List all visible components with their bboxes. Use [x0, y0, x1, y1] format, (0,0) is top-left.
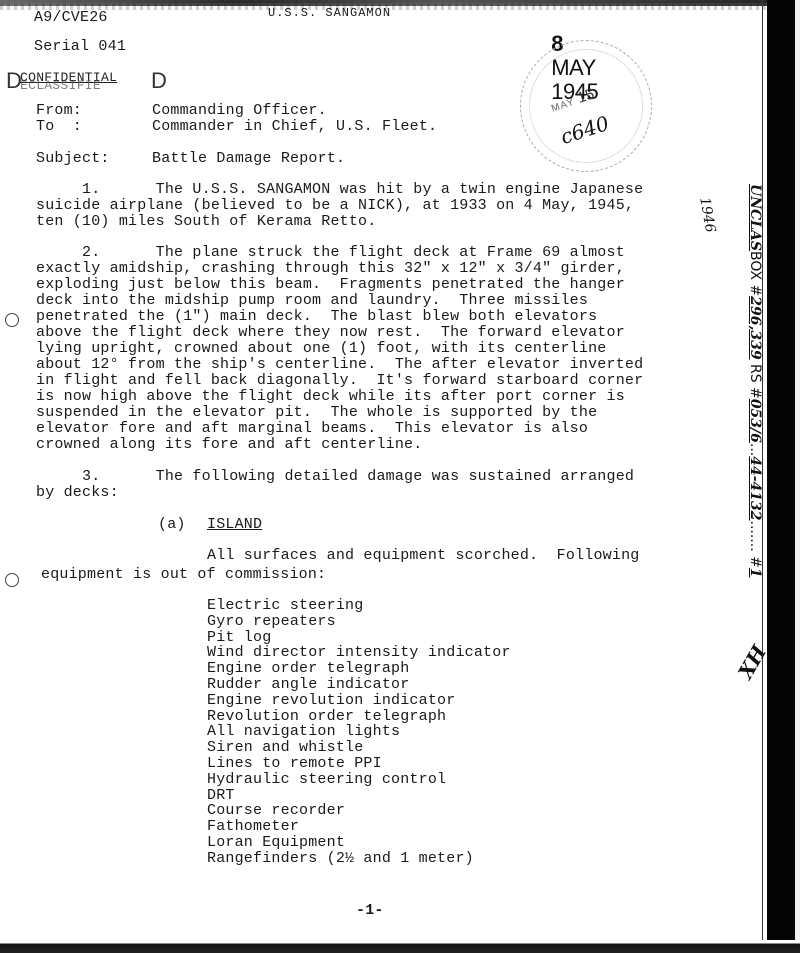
- annotation-unclas: UNCLAS: [747, 184, 763, 251]
- paragraph-1-line: ten (10) miles South of Kerama Retto.: [36, 214, 716, 230]
- equipment-item: All navigation lights: [207, 724, 400, 740]
- scan-right-border: [795, 0, 800, 953]
- punch-hole-mark: [5, 313, 19, 327]
- paragraph-2-line: elevator fore and aft marginal beams. Th…: [36, 421, 716, 437]
- equipment-item: Engine order telegraph: [207, 661, 409, 677]
- equipment-item: Rudder angle indicator: [207, 677, 409, 693]
- paragraph-3-line: 3. The following detailed damage was sus…: [36, 469, 716, 485]
- paragraph-2-line: penetrated the (1") main deck. The blast…: [36, 309, 716, 325]
- section-a-label: (a): [158, 517, 186, 533]
- to-label: To :: [36, 119, 82, 135]
- paragraph-2-line: deck into the midship pump room and laun…: [36, 293, 716, 309]
- annotation-ref-number: 44-4132: [747, 456, 763, 520]
- paragraph-2-line: crowned along its fore and aft centerlin…: [36, 437, 716, 453]
- classification-suffix: D: [151, 70, 167, 92]
- section-a-intro-line: All surfaces and equipment scorched. Fol…: [207, 548, 639, 564]
- archive-margin-annotation: UNCLASBOX #296,339 RS #053/6...44-4132..…: [736, 184, 766, 694]
- paragraph-2-line: about 12° from the ship's centerline. Th…: [36, 357, 716, 373]
- paragraph-2-line: exploding just below this beam. Fragment…: [36, 277, 716, 293]
- paragraph-2-line: exactly amidship, crashing through this …: [36, 261, 716, 277]
- to-value: Commander in Chief, U.S. Fleet.: [152, 119, 437, 135]
- punch-hole-mark: [5, 573, 19, 587]
- equipment-item: Electric steering: [207, 598, 363, 614]
- equipment-item: Revolution order telegraph: [207, 709, 446, 725]
- ship-name: U.S.S. SANGAMON: [268, 5, 391, 21]
- annotation-box-label: BOX #: [747, 251, 763, 296]
- equipment-item: Engine revolution indicator: [207, 693, 455, 709]
- equipment-item: DRT: [207, 788, 235, 804]
- classification-underlay: ECLASSIFIE: [20, 79, 101, 93]
- paragraph-1-line: suicide airplane (believed to be a NICK)…: [36, 198, 716, 214]
- subject-label: Subject:: [36, 151, 110, 167]
- page-number: -1-: [356, 903, 384, 919]
- classification-stamp: D CONFIDENTIAL ECLASSIFIE D: [6, 70, 166, 92]
- paragraph-2-line: above the flight deck where they now res…: [36, 325, 716, 341]
- paragraph-2-line: lying upright, crowned about one (1) foo…: [36, 341, 716, 357]
- equipment-item: Siren and whistle: [207, 740, 363, 756]
- from-label: From:: [36, 103, 82, 119]
- paragraph-2-line: suspended in the elevator pit. The whole…: [36, 405, 716, 421]
- scan-right-edge: [767, 0, 795, 953]
- received-stamp: [520, 40, 652, 172]
- equipment-item: Hydraulic steering control: [207, 772, 446, 788]
- scan-bottom-edge: [0, 940, 800, 953]
- received-stamp-inner-ring: [529, 49, 643, 163]
- scan-top-smudge: [0, 3, 800, 10]
- serial-number: Serial 041: [34, 39, 126, 55]
- file-code: A9/CVE26: [34, 10, 108, 26]
- from-value: Commanding Officer.: [152, 103, 327, 119]
- section-a-intro-line: equipment is out of commission:: [41, 567, 326, 583]
- equipment-item: Gyro repeaters: [207, 614, 336, 630]
- annotation-box-number: 296,339: [747, 296, 763, 359]
- annotation-dots-2: ....... #: [747, 521, 763, 568]
- paragraph-2-line: 2. The plane struck the flight deck at F…: [36, 245, 716, 261]
- subject-value: Battle Damage Report.: [152, 151, 345, 167]
- annotation-dots: ...: [747, 443, 763, 456]
- paragraph-1-line: 1. The U.S.S. SANGAMON was hit by a twin…: [36, 182, 716, 198]
- paragraph-2-line: in flight and fell back diagonally. It's…: [36, 373, 716, 389]
- equipment-item: Pit log: [207, 630, 271, 646]
- paragraph-2-line: is now high above the flight deck while …: [36, 389, 716, 405]
- equipment-item: Course recorder: [207, 803, 345, 819]
- archive-annotation-text: UNCLASBOX #296,339 RS #053/6...44-4132..…: [747, 184, 763, 578]
- equipment-item: Rangefinders (2½ and 1 meter): [207, 851, 474, 867]
- annotation-rs-number: 053/6: [747, 399, 763, 443]
- equipment-item: Loran Equipment: [207, 835, 345, 851]
- equipment-item: Lines to remote PPI: [207, 756, 382, 772]
- annotation-rs-label: RS #: [747, 360, 763, 399]
- equipment-item: Fathometer: [207, 819, 299, 835]
- section-a-title: ISLAND: [207, 517, 262, 533]
- paragraph-3-line: by decks:: [36, 485, 716, 501]
- equipment-item: Wind director intensity indicator: [207, 645, 511, 661]
- annotation-count: 1: [747, 568, 763, 578]
